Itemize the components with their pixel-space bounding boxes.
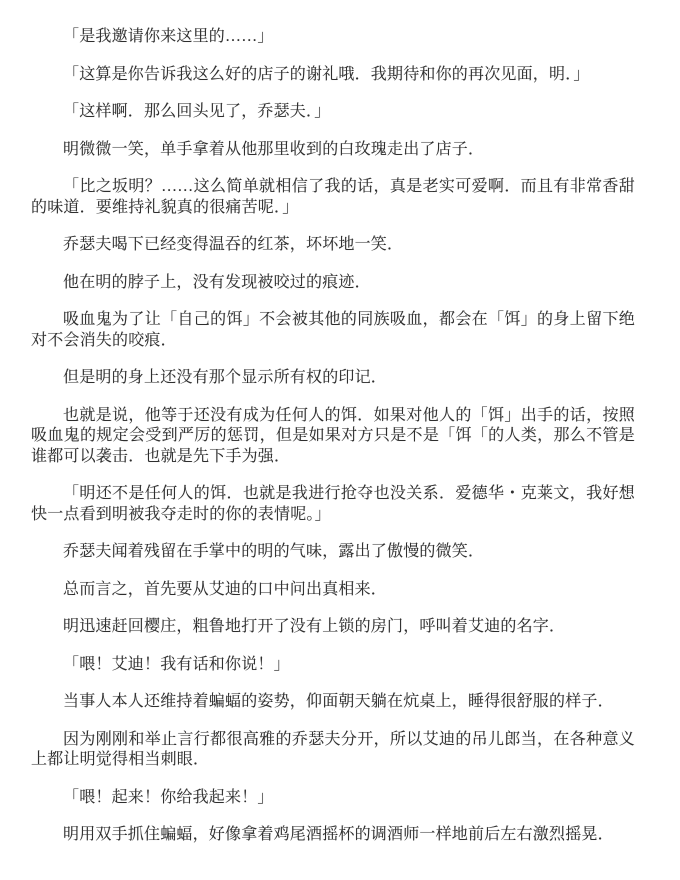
paragraph: 当事人本人还维持着蝙蝠的姿势，仰面朝天躺在炕桌上，睡得很舒服的样子．: [31, 692, 635, 713]
novel-page: 「是我邀请你来这里的……」「这算是你告诉我这么好的店子的谢礼哦．我期待和你的再次…: [0, 0, 680, 880]
paragraph: 明用双手抓住蝙蝠，好像拿着鸡尾酒摇杯的调酒师一样地前后左右激烈摇晃．: [31, 825, 635, 846]
paragraph: 「喂！起来！你给我起来！」: [31, 788, 635, 809]
paragraph: 吸血鬼为了让「自己的饵」不会被其他的同族吸血，都会在「饵」的身上留下绝对不会消失…: [31, 310, 635, 351]
paragraph: 「喂！艾迪！我有话和你说！」: [31, 655, 635, 676]
paragraph: 「明还不是任何人的饵．也就是我进行抢夺也没关系．爱德华・克莱文，我好想快一点看到…: [31, 484, 635, 525]
paragraph: 「比之坂明？……这么简单就相信了我的话，真是老实可爱啊．而且有非常香甜的味道．要…: [31, 177, 635, 218]
text-body: 「是我邀请你来这里的……」「这算是你告诉我这么好的店子的谢礼哦．我期待和你的再次…: [31, 27, 635, 846]
paragraph: 乔瑟夫闻着残留在手掌中的明的气味，露出了傲慢的微笑．: [31, 542, 635, 563]
paragraph: 他在明的脖子上，没有发现被咬过的痕迹．: [31, 273, 635, 294]
paragraph: 因为刚刚和举止言行都很高雅的乔瑟夫分开，所以艾迪的吊儿郎当，在各种意义上都让明觉…: [31, 730, 635, 771]
paragraph: 明迅速赶回樱庄，粗鲁地打开了没有上锁的房门，呼叫着艾迪的名字．: [31, 617, 635, 638]
paragraph: 也就是说，他等于还没有成为任何人的饵．如果对他人的「饵」出手的话，按照吸血鬼的规…: [31, 406, 635, 468]
paragraph: 「是我邀请你来这里的……」: [31, 27, 635, 48]
paragraph: 「这样啊．那么回头见了，乔瑟夫．」: [31, 102, 635, 123]
paragraph: 乔瑟夫喝下已经变得温吞的红茶，坏坏地一笑．: [31, 235, 635, 256]
paragraph: 「这算是你告诉我这么好的店子的谢礼哦．我期待和你的再次见面，明．」: [31, 65, 635, 86]
paragraph: 总而言之，首先要从艾迪的口中问出真相来．: [31, 580, 635, 601]
paragraph: 但是明的身上还没有那个显示所有权的印记．: [31, 368, 635, 389]
paragraph: 明微微一笑，单手拿着从他那里收到的白玫瑰走出了店子．: [31, 140, 635, 161]
